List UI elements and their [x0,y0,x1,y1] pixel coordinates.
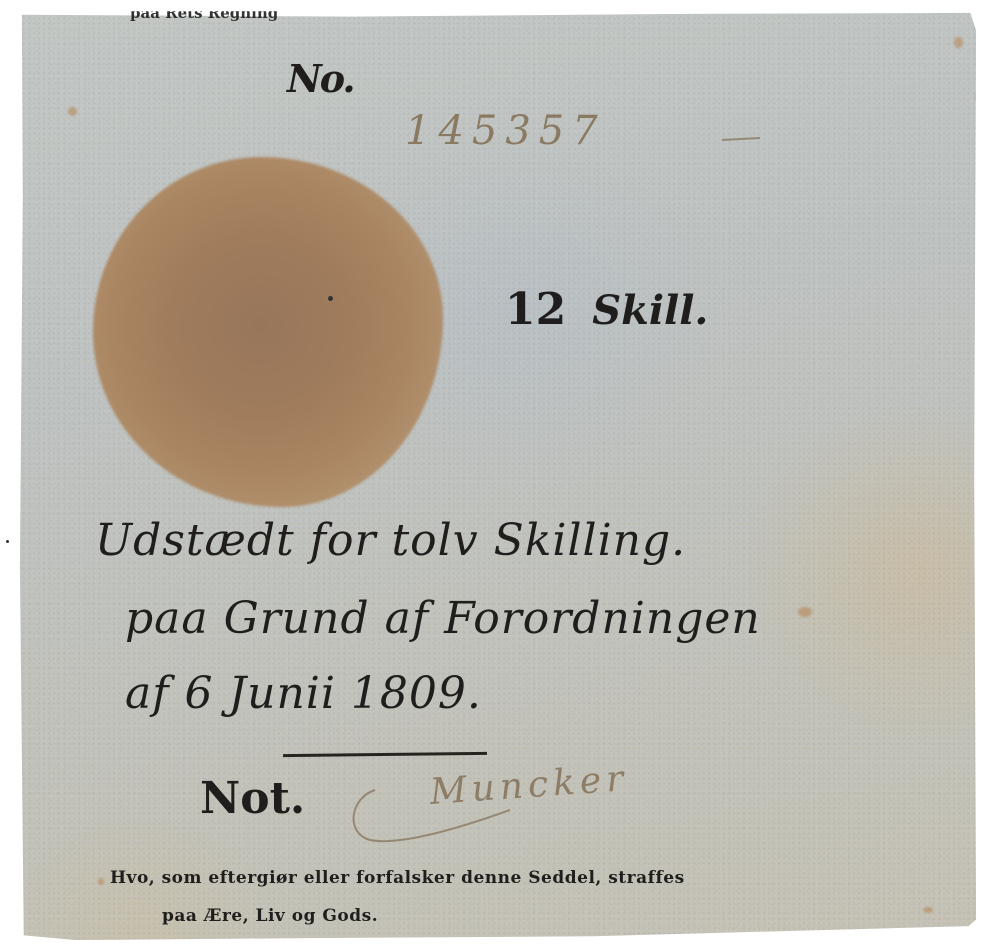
foxing-spot [954,37,963,48]
foxing-spot [923,907,933,913]
foxing-spot [98,878,104,885]
warning-text-line-1: Hvo, som eftergiør eller forfalsker denn… [110,868,685,888]
body-text-line-1: Udstædt for tolv Skilling. [95,515,686,566]
cropped-header-text: paa Rets Regning [130,4,278,22]
number-label: No. [287,56,354,101]
scan-dust-speck [6,540,9,543]
body-text-line-2: paa Grund af Forordningen [125,593,761,644]
foxing-spot [975,92,978,102]
serial-number: 145357 [405,108,606,154]
denomination: 12Skill. [505,284,708,335]
scan-canvas: paa Rets Regning No. 145357 12Skill. Uds… [0,0,1000,946]
denomination-amount: 12 [505,284,566,335]
foxing-spot [68,107,77,116]
signature-label: Not. [200,773,305,824]
foxing-spot [798,607,812,617]
brown-water-stain [93,157,443,507]
denomination-unit: Skill. [592,287,708,334]
ink-speck [328,296,333,301]
body-text-line-3: af 6 Junii 1809. [125,668,482,719]
warning-text-line-2: paa Ære, Liv og Gods. [162,906,378,926]
